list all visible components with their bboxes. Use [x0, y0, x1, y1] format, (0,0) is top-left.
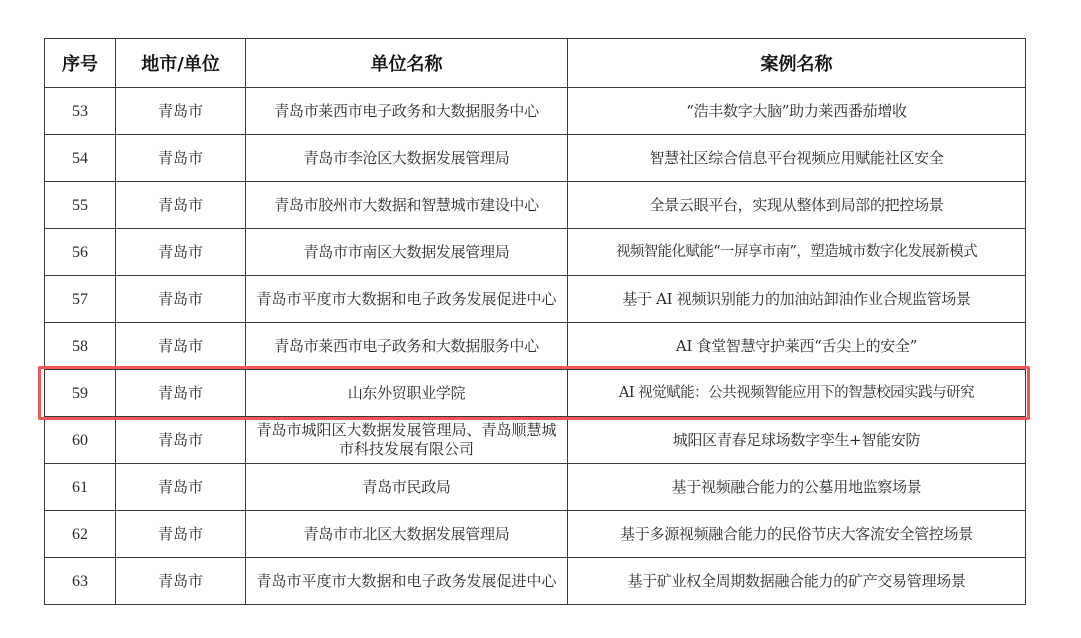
cell-unit-name: 青岛市李沧区大数据发展管理局 [246, 135, 568, 182]
table-row: 63 青岛市 青岛市平度市大数据和电子政务发展促进中心 基于矿业权全周期数据融合… [45, 558, 1026, 605]
cell-case-name: 基于视频融合能力的公墓用地监察场景 [568, 464, 1026, 511]
cell-case-name: 基于 AI 视频识别能力的加油站卸油作业合规监管场景 [568, 276, 1026, 323]
cell-serial-no: 63 [45, 558, 116, 605]
cell-unit-name: 青岛市民政局 [246, 464, 568, 511]
cell-case-name: AI 食堂智慧守护莱西“舌尖上的安全” [568, 323, 1026, 370]
cell-city: 青岛市 [116, 464, 246, 511]
cell-city: 青岛市 [116, 276, 246, 323]
table-row: 61 青岛市 青岛市民政局 基于视频融合能力的公墓用地监察场景 [45, 464, 1026, 511]
table-row: 53 青岛市 青岛市莱西市电子政务和大数据服务中心 “浩丰数字大脑”助力莱西番茄… [45, 88, 1026, 135]
cell-unit-name: 青岛市市南区大数据发展管理局 [246, 229, 568, 276]
cell-serial-no: 53 [45, 88, 116, 135]
cell-case-name: AI 视觉赋能：公共视频智能应用下的智慧校园实践与研究 [568, 370, 1026, 417]
table-row: 56 青岛市 青岛市市南区大数据发展管理局 视频智能化赋能“一屏享市南”，塑造城… [45, 229, 1026, 276]
cell-serial-no: 61 [45, 464, 116, 511]
cell-city: 青岛市 [116, 558, 246, 605]
cell-serial-no: 57 [45, 276, 116, 323]
cell-unit-name: 山东外贸职业学院 [246, 370, 568, 417]
table-header-row: 序号 地市/单位 单位名称 案例名称 [45, 39, 1026, 88]
table-row: 55 青岛市 青岛市胶州市大数据和智慧城市建设中心 全景云眼平台，实现从整体到局… [45, 182, 1026, 229]
cell-case-name: 基于矿业权全周期数据融合能力的矿产交易管理场景 [568, 558, 1026, 605]
cell-serial-no: 58 [45, 323, 116, 370]
cell-serial-no: 62 [45, 511, 116, 558]
cell-unit-name: 青岛市市北区大数据发展管理局 [246, 511, 568, 558]
cell-case-name: 智慧社区综合信息平台视频应用赋能社区安全 [568, 135, 1026, 182]
cell-case-name: 基于多源视频融合能力的民俗节庆大客流安全管控场景 [568, 511, 1026, 558]
cell-unit-name: 青岛市胶州市大数据和智慧城市建设中心 [246, 182, 568, 229]
header-city-unit: 地市/单位 [116, 39, 246, 88]
cell-unit-name: 青岛市莱西市电子政务和大数据服务中心 [246, 323, 568, 370]
cell-city: 青岛市 [116, 370, 246, 417]
cell-serial-no: 55 [45, 182, 116, 229]
cell-city: 青岛市 [116, 511, 246, 558]
table-row: 60 青岛市 青岛市城阳区大数据发展管理局、青岛顺慧城市科技发展有限公司 城阳区… [45, 417, 1026, 464]
header-serial-no: 序号 [45, 39, 116, 88]
cell-city: 青岛市 [116, 229, 246, 276]
cell-city: 青岛市 [116, 417, 246, 464]
cell-case-name: 城阳区青春足球场数字孪生+智能安防 [568, 417, 1026, 464]
cell-city: 青岛市 [116, 88, 246, 135]
cell-city: 青岛市 [116, 135, 246, 182]
cell-case-name: “浩丰数字大脑”助力莱西番茄增收 [568, 88, 1026, 135]
cell-city: 青岛市 [116, 323, 246, 370]
cell-case-name: 全景云眼平台，实现从整体到局部的把控场景 [568, 182, 1026, 229]
cell-serial-no: 59 [45, 370, 116, 417]
cell-city: 青岛市 [116, 182, 246, 229]
cell-unit-name: 青岛市莱西市电子政务和大数据服务中心 [246, 88, 568, 135]
table-row: 62 青岛市 青岛市市北区大数据发展管理局 基于多源视频融合能力的民俗节庆大客流… [45, 511, 1026, 558]
cell-case-name: 视频智能化赋能“一屏享市南”，塑造城市数字化发展新模式 [568, 229, 1026, 276]
cell-serial-no: 56 [45, 229, 116, 276]
cell-unit-name: 青岛市城阳区大数据发展管理局、青岛顺慧城市科技发展有限公司 [246, 417, 568, 464]
case-table-container: 序号 地市/单位 单位名称 案例名称 53 青岛市 青岛市莱西市电子政务和大数据… [44, 38, 1025, 605]
cell-unit-name: 青岛市平度市大数据和电子政务发展促进中心 [246, 558, 568, 605]
cell-serial-no: 54 [45, 135, 116, 182]
cell-serial-no: 60 [45, 417, 116, 464]
table-row: 58 青岛市 青岛市莱西市电子政务和大数据服务中心 AI 食堂智慧守护莱西“舌尖… [45, 323, 1026, 370]
header-case-name: 案例名称 [568, 39, 1026, 88]
header-unit-name: 单位名称 [246, 39, 568, 88]
case-table: 序号 地市/单位 单位名称 案例名称 53 青岛市 青岛市莱西市电子政务和大数据… [44, 38, 1026, 605]
cell-unit-name: 青岛市平度市大数据和电子政务发展促进中心 [246, 276, 568, 323]
table-row: 57 青岛市 青岛市平度市大数据和电子政务发展促进中心 基于 AI 视频识别能力… [45, 276, 1026, 323]
table-row: 54 青岛市 青岛市李沧区大数据发展管理局 智慧社区综合信息平台视频应用赋能社区… [45, 135, 1026, 182]
table-row-highlighted: 59 青岛市 山东外贸职业学院 AI 视觉赋能：公共视频智能应用下的智慧校园实践… [45, 370, 1026, 417]
